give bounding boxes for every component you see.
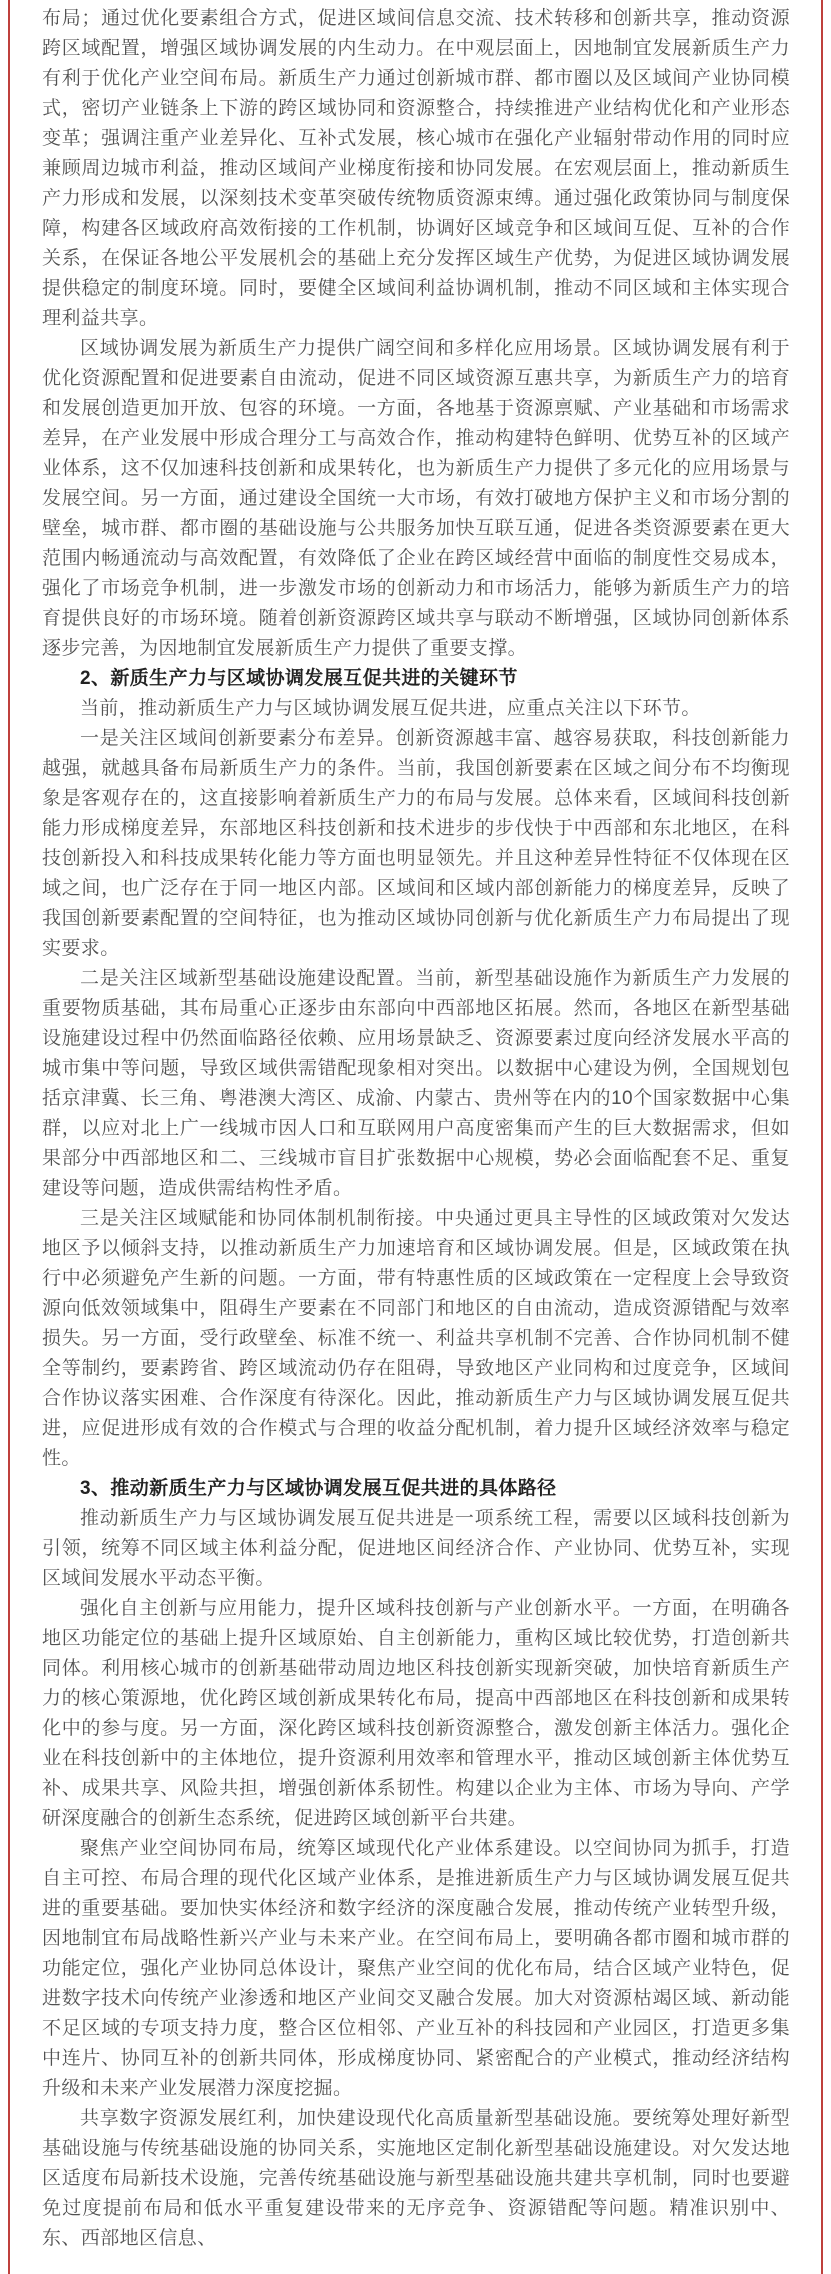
page-left-border [8, 0, 10, 2274]
article-page: 布局；通过优化要素组合方式，促进区域间信息交流、技术转移和创新共享，推动资源跨区… [0, 0, 831, 2274]
section-heading: 2、新质生产力与区域协调发展互促共进的关键环节 [42, 664, 790, 694]
section-heading: 3、推动新质生产力与区域协调发展互促共进的具体路径 [42, 1474, 790, 1504]
paragraph: 共享数字资源发展红利，加快建设现代化高质量新型基础设施。要统筹处理好新型基础设施… [42, 2104, 790, 2254]
paragraph: 推动新质生产力与区域协调发展互促共进是一项系统工程，需要以区域科技创新为引领，统… [42, 1504, 790, 1594]
page-right-border [821, 0, 823, 2274]
paragraph: 一是关注区域间创新要素分布差异。创新资源越丰富、越容易获取，科技创新能力越强，就… [42, 724, 790, 964]
article-content: 布局；通过优化要素组合方式，促进区域间信息交流、技术转移和创新共享，推动资源跨区… [0, 0, 831, 2274]
paragraph-continuation: 布局；通过优化要素组合方式，促进区域间信息交流、技术转移和创新共享，推动资源跨区… [42, 4, 790, 334]
paragraph: 区域协调发展为新质生产力提供广阔空间和多样化应用场景。区域协调发展有利于优化资源… [42, 334, 790, 664]
paragraph: 聚焦产业空间协同布局，统筹区域现代化产业体系建设。以空间协同为抓手，打造自主可控… [42, 1834, 790, 2104]
paragraph: 三是关注区域赋能和协同体制机制衔接。中央通过更具主导性的区域政策对欠发达地区予以… [42, 1204, 790, 1474]
paragraph: 当前，推动新质生产力与区域协调发展互促共进，应重点关注以下环节。 [42, 694, 790, 724]
paragraph: 强化自主创新与应用能力，提升区域科技创新与产业创新水平。一方面，在明确各地区功能… [42, 1594, 790, 1834]
paragraph: 二是关注区域新型基础设施建设配置。当前，新型基础设施作为新质生产力发展的重要物质… [42, 964, 790, 1204]
